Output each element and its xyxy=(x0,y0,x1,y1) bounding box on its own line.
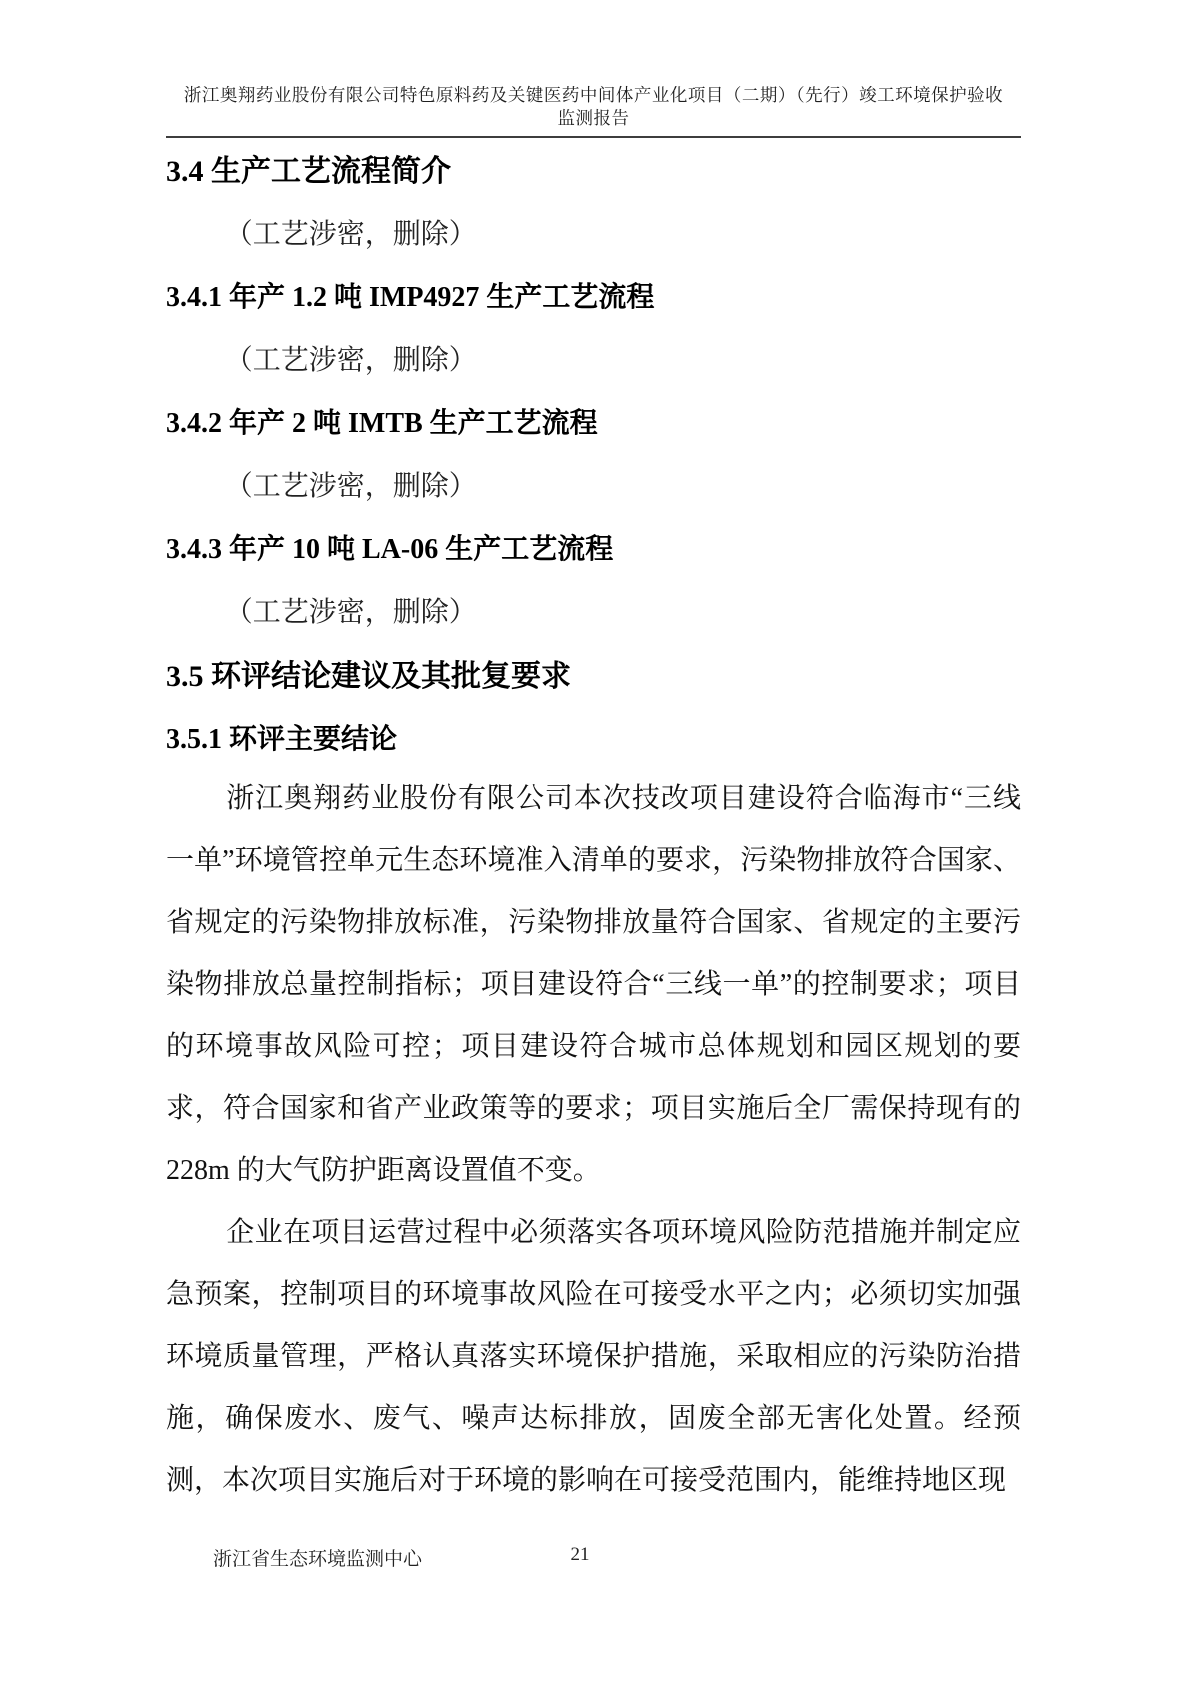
heading-3-4-1: 3.4.1 年产 1.2 吨 IMP4927 生产工艺流程 xyxy=(166,278,1021,318)
heading-3-5-1: 3.5.1 环评主要结论 xyxy=(166,720,1021,760)
heading-3-4-2: 3.4.2 年产 2 吨 IMTB 生产工艺流程 xyxy=(166,404,1021,444)
heading-3-4: 3.4 生产工艺流程简介 xyxy=(166,152,1021,192)
heading-3-4-3: 3.4.3 年产 10 吨 LA-06 生产工艺流程 xyxy=(166,530,1021,570)
paragraph-eia-conclusion-2: 企业在项目运营过程中必须落实各项环境风险防范措施并制定应急预案，控制项目的环境事… xyxy=(166,1202,1021,1512)
paragraph-eia-conclusion-1: 浙江奥翔药业股份有限公司本次技改项目建设符合临海市“三线一单”环境管控单元生态环… xyxy=(166,768,1021,1202)
redaction-note-4: （工艺涉密，删除） xyxy=(166,593,1021,633)
header-title-line1: 浙江奥翔药业股份有限公司特色原料药及关键医药中间体产业化项目（二期）（先行）竣工… xyxy=(166,84,1021,107)
footer-page-number: 21 xyxy=(535,1544,625,1566)
redaction-note-1: （工艺涉密，删除） xyxy=(166,215,1021,255)
page-footer: 浙江省生态环境监测中心 21 xyxy=(0,1544,1190,1574)
document-page: 浙江奥翔药业股份有限公司特色原料药及关键医药中间体产业化项目（二期）（先行）竣工… xyxy=(0,0,1190,1683)
header-title-line2: 监测报告 xyxy=(166,107,1021,130)
page-content: 浙江奥翔药业股份有限公司特色原料药及关键医药中间体产业化项目（二期）（先行）竣工… xyxy=(166,84,1021,1512)
redaction-note-2: （工艺涉密，删除） xyxy=(166,341,1021,381)
page-header: 浙江奥翔药业股份有限公司特色原料药及关键医药中间体产业化项目（二期）（先行）竣工… xyxy=(166,84,1021,138)
redaction-note-3: （工艺涉密，删除） xyxy=(166,467,1021,507)
footer-organization: 浙江省生态环境监测中心 xyxy=(213,1544,422,1571)
heading-3-5: 3.5 环评结论建议及其批复要求 xyxy=(166,657,1021,697)
